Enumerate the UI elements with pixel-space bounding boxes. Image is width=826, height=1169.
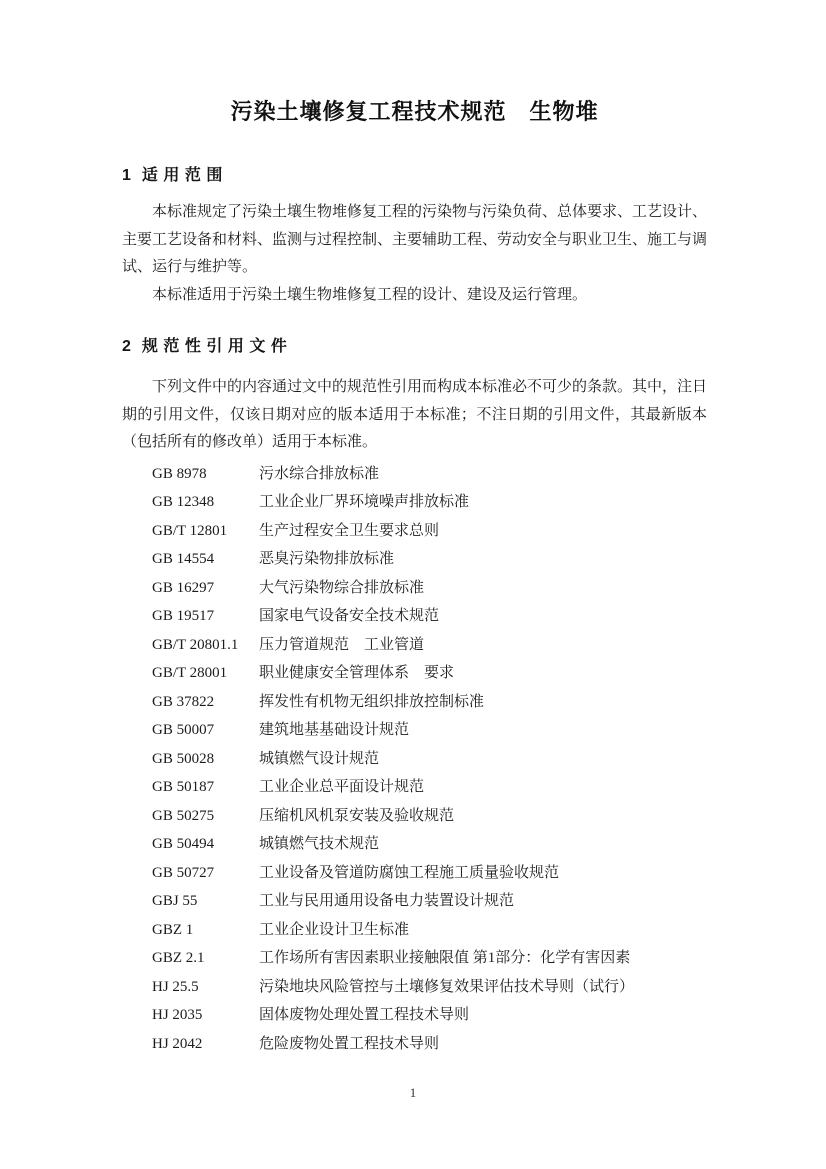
section-1-title: 适用范围: [142, 167, 228, 184]
reference-row: GBZ 2.1工作场所有害因素职业接触限值 第1部分：化学有害因素: [122, 944, 707, 973]
section-scope: 1适用范围 本标准规定了污染土壤生物堆修复工程的污染物与污染负荷、总体要求、工艺…: [122, 165, 707, 310]
reference-row: GB 12348工业企业厂界环境噪声排放标准: [122, 488, 707, 517]
section-normative-references: 2规范性引用文件 下列文件中的内容通过文中的规范性引用而构成本标准必不可少的条款…: [122, 336, 707, 1059]
standard-title: 危险废物处置工程技术导则: [259, 1036, 439, 1052]
standard-title: 城镇燃气设计规范: [259, 751, 379, 767]
reference-row: GBJ 55工业与民用通用设备电力装置设计规范: [122, 887, 707, 916]
standard-code: GB 50007: [152, 716, 259, 745]
standard-code: GB/T 12801: [152, 517, 259, 546]
reference-row: GB 50028城镇燃气设计规范: [122, 745, 707, 774]
section-2-title: 规范性引用文件: [142, 338, 293, 355]
standard-code: GB 14554: [152, 545, 259, 574]
standard-code: HJ 2035: [152, 1001, 259, 1030]
standard-code: GBJ 55: [152, 887, 259, 916]
standard-title: 挥发性有机物无组织排放控制标准: [259, 694, 484, 710]
reference-row: GB 16297大气污染物综合排放标准: [122, 574, 707, 603]
section-1-heading: 1适用范围: [122, 165, 707, 186]
document-title: 污染土壤修复工程技术规范 生物堆: [122, 0, 707, 127]
standard-title: 压缩机风机泵安装及验收规范: [259, 808, 454, 824]
reference-row: GB/T 12801生产过程安全卫生要求总则: [122, 517, 707, 546]
reference-row: GB 19517国家电气设备安全技术规范: [122, 602, 707, 631]
reference-row: GB 50494城镇燃气技术规范: [122, 830, 707, 859]
standard-title: 压力管道规范 工业管道: [259, 637, 424, 653]
document-page: 污染土壤修复工程技术规范 生物堆 1适用范围 本标准规定了污染土壤生物堆修复工程…: [0, 0, 826, 1169]
reference-row: GB 37822挥发性有机物无组织排放控制标准: [122, 688, 707, 717]
standard-code: GB 16297: [152, 574, 259, 603]
standard-code: GB/T 28001: [152, 659, 259, 688]
standard-code: HJ 25.5: [152, 973, 259, 1002]
reference-row: HJ 2042危险废物处置工程技术导则: [122, 1030, 707, 1059]
standard-code: GB 50275: [152, 802, 259, 831]
reference-row: GB 50275压缩机风机泵安装及验收规范: [122, 802, 707, 831]
standard-title: 工业企业总平面设计规范: [259, 779, 424, 795]
standard-code: GB 50727: [152, 859, 259, 888]
standard-title: 恶臭污染物排放标准: [259, 551, 394, 567]
standard-title: 职业健康安全管理体系 要求: [259, 665, 454, 681]
standard-title: 国家电气设备安全技术规范: [259, 608, 439, 624]
reference-list: GB 8978污水综合排放标准 GB 12348工业企业厂界环境噪声排放标准 G…: [122, 460, 707, 1059]
standard-title: 大气污染物综合排放标准: [259, 580, 424, 596]
reference-row: GB 50007建筑地基基础设计规范: [122, 716, 707, 745]
reference-row: GB 14554恶臭污染物排放标准: [122, 545, 707, 574]
page-number: 1: [0, 1085, 826, 1101]
standard-code: GB 50187: [152, 773, 259, 802]
standard-code: GB 37822: [152, 688, 259, 717]
reference-row: GB 50727工业设备及管道防腐蚀工程施工质量验收规范: [122, 859, 707, 888]
standard-code: GB/T 20801.1: [152, 631, 259, 660]
reference-row: GB/T 28001职业健康安全管理体系 要求: [122, 659, 707, 688]
standard-title: 工业与民用通用设备电力装置设计规范: [259, 893, 514, 909]
standard-title: 生产过程安全卫生要求总则: [259, 523, 439, 539]
standard-code: GB 50028: [152, 745, 259, 774]
standard-title: 城镇燃气技术规范: [259, 836, 379, 852]
reference-row: HJ 25.5污染地块风险管控与土壤修复效果评估技术导则（试行）: [122, 973, 707, 1002]
standard-code: HJ 2042: [152, 1030, 259, 1059]
reference-row: GB 50187工业企业总平面设计规范: [122, 773, 707, 802]
standard-title: 工业企业厂界环境噪声排放标准: [259, 494, 469, 510]
reference-row: GB/T 20801.1压力管道规范 工业管道: [122, 631, 707, 660]
standard-code: GB 12348: [152, 488, 259, 517]
standard-code: GB 19517: [152, 602, 259, 631]
reference-row: GBZ 1工业企业设计卫生标准: [122, 916, 707, 945]
standard-title: 建筑地基基础设计规范: [259, 722, 409, 738]
reference-row: GB 8978污水综合排放标准: [122, 460, 707, 489]
standard-code: GB 50494: [152, 830, 259, 859]
standard-title: 工业企业设计卫生标准: [259, 922, 409, 938]
section-2-number: 2: [122, 336, 131, 357]
reference-row: HJ 2035固体废物处理处置工程技术导则: [122, 1001, 707, 1030]
standard-code: GBZ 1: [152, 916, 259, 945]
standard-title: 工业设备及管道防腐蚀工程施工质量验收规范: [259, 865, 559, 881]
standard-code: GBZ 2.1: [152, 944, 259, 973]
scope-paragraph-2: 本标准适用于污染土壤生物堆修复工程的设计、建设及运行管理。: [122, 282, 707, 310]
section-1-number: 1: [122, 165, 131, 186]
standard-title: 工作场所有害因素职业接触限值 第1部分：化学有害因素: [259, 950, 630, 966]
standard-title: 污水综合排放标准: [259, 466, 379, 482]
references-intro-paragraph: 下列文件中的内容通过文中的规范性引用而构成本标准必不可少的条款。其中，注日期的引…: [122, 374, 707, 457]
standard-title: 固体废物处理处置工程技术导则: [259, 1007, 469, 1023]
standard-title: 污染地块风险管控与土壤修复效果评估技术导则（试行）: [259, 979, 634, 995]
section-2-heading: 2规范性引用文件: [122, 336, 707, 357]
standard-code: GB 8978: [152, 460, 259, 489]
scope-paragraph-1: 本标准规定了污染土壤生物堆修复工程的污染物与污染负荷、总体要求、工艺设计、主要工…: [122, 199, 707, 282]
